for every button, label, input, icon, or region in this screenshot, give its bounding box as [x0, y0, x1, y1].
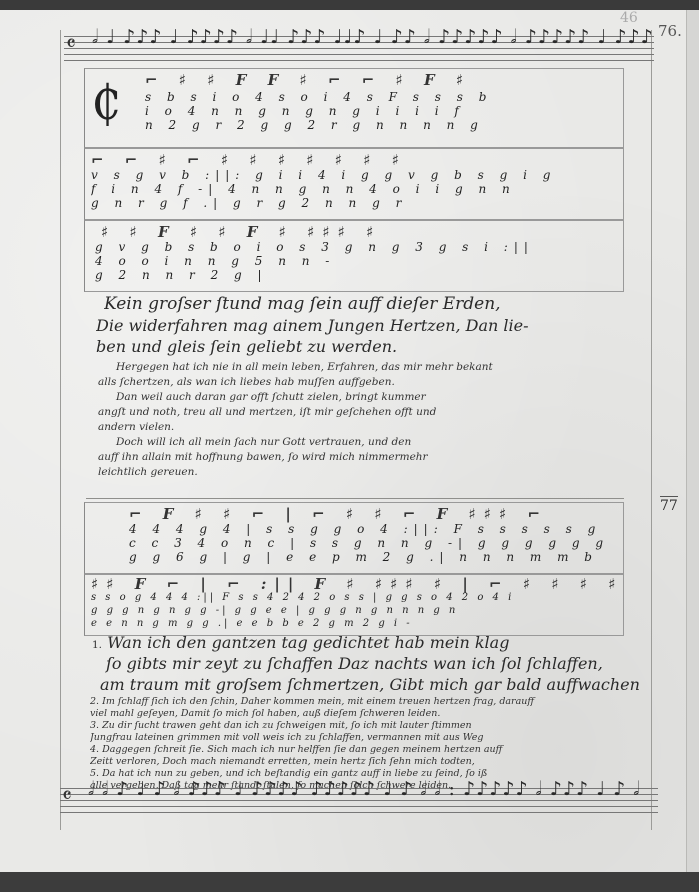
tab-letters-line: f i n 4 f -| 4 n n g n n 4 o i i g n n: [91, 183, 629, 196]
tab-letters-line: c c 3 4 o n c | s s g n n g -| g g g g g…: [129, 537, 667, 550]
verse-line: Wan ich den gantzen tag gedichtet hab me…: [107, 633, 509, 652]
stanza-number: 1.: [92, 639, 102, 651]
top-music-staff: 𝄴 𝅗𝅥 ♩ ♪♪♪ ♩ ♪♪♪♪ 𝅗𝅥 ♩♩ ♪♪♪ ♩♩♪ ♩ ♪♪ 𝅗𝅥 …: [64, 36, 654, 66]
tab-letters-line: g g g n g n g g -| g g e e | g g g n g n…: [91, 604, 629, 617]
stanza-line: viel mahl geſeyen, Damit ſo mich ſol hab…: [90, 708, 656, 720]
prose-line: auff ihn allain mit hoffnung bawen, ſo w…: [98, 450, 638, 465]
scan-bottom-border: [0, 872, 699, 892]
tab-letters-line: 4 4 4 g 4 | s s g g o 4 :||: F s s s s s…: [129, 523, 667, 536]
clef-icon: 𝄴: [62, 784, 72, 809]
verse-line: am traum mit groſsem ſchmertzen, Gibt mi…: [92, 674, 652, 695]
staff-notes: 𝅗𝅥 ♩ ♪♪♪ ♩ ♪♪♪♪ 𝅗𝅥 ♩♩ ♪♪♪ ♩♩♪ ♩ ♪♪ 𝅗𝅥 ♪♪…: [92, 26, 652, 70]
rhythm-signs: ⌐ ♯ ♯ F F ♯ ⌐ ⌐ ♯ F ♯: [145, 71, 683, 89]
rhythm-signs: ⌐ ⌐ ♯ ⌐ ♯ ♯ ♯ ♯ ♯ ♯ ♯: [91, 151, 629, 169]
verse-line: ſo gibts mir zeyt zu ſchaffen Daz nachts…: [92, 653, 652, 674]
manuscript-page: 46 76. 𝄴 𝅗𝅥 ♩ ♪♪♪ ♩ ♪♪♪♪ 𝅗𝅥 ♩♩ ♪♪♪ ♩♩♪ ♩…: [0, 10, 699, 882]
bottom-music-staff: 𝄴 𝅗𝅥 𝅗𝅥 ♪ ♩ ♪ 𝅗𝅥 ♪♪♪ ♩ ♪♪♪♪ ♪♪♪♪♪ ♩ ♪ 𝅗𝅥…: [60, 788, 658, 818]
tablature-system-5: ♯♯ F ⌐ | ⌐ :|| F ♯ ♯♯♯ ♯ | ⌐ ♯ ♯ ♯ ♯ ⌐ s…: [84, 574, 624, 636]
tablature-system-3: ♯ ♯ F ♯ ♯ F ♯ ♯♯♯ ♯ g v g b s b o i o s …: [84, 220, 624, 292]
stanza-line: Zeitt verloren, Doch mach niemandt erret…: [90, 756, 656, 768]
prose-line: angſt und noth, treu all und mertzen, iſ…: [98, 405, 638, 420]
stanza-line: Jungfrau lateinen grimmen mit voll weis …: [90, 732, 656, 744]
tablature-system-1: ₵ ⌐ ♯ ♯ F F ♯ ⌐ ⌐ ♯ F ♯ s b s i o 4 s o …: [84, 68, 624, 148]
verse-line: ben und gleis ſein geliebt zu werden.: [96, 336, 624, 357]
prose-line: andern vielen.: [98, 420, 638, 435]
section-divider: [86, 498, 624, 499]
prose-line: alls ſchertzen, als wan ich liebes hab m…: [98, 375, 638, 390]
pencil-folio-number: 46: [620, 10, 638, 26]
rhythm-signs: ♯ ♯ F ♯ ♯ F ♯ ♯♯♯ ♯: [101, 223, 639, 241]
stanza-line: 3. Zu dir ſucht trawen geht dan ich zu ſ…: [90, 720, 656, 732]
staff-notes: 𝅗𝅥 𝅗𝅥 ♪ ♩ ♪ 𝅗𝅥 ♪♪♪ ♩ ♪♪♪♪ ♪♪♪♪♪ ♩ ♪ 𝅗𝅥 𝅗…: [88, 778, 648, 822]
verse-one-prose: Hergegen hat ich nie in all mein leben, …: [98, 360, 638, 480]
tablature-system-4: ⌐ F ♯ ♯ ⌐ | ⌐ ♯ ♯ ⌐ F ♯♯♯ ⌐ 4 4 4 g 4 | …: [84, 502, 624, 574]
verse-one: Kein groſser ſtund mag ſein auff dieſer …: [104, 294, 624, 357]
tab-letters-line: g g 6 g | g | e e p m 2 g .| n n n m m b: [129, 551, 667, 564]
tab-letters-line: g n r g f .| g r g 2 n n g r: [91, 197, 629, 210]
verse-line: Kein groſser ſtund mag ſein auff dieſer …: [104, 294, 624, 315]
ink-folio-number: 76.: [658, 22, 682, 40]
tab-letters-line: s s o g 4 4 4 :|| F s s 4 2 4 2 o s s | …: [91, 591, 629, 604]
tab-letters-line: g 2 n n r 2 g |: [95, 269, 633, 282]
prose-line: Dan weil auch daran gar offt ſchutt ziel…: [98, 390, 638, 405]
mensuration-sign: ₵: [91, 75, 122, 131]
stanza-line: 2. Im ſchlaff ſich ich den ſchin, Daher …: [90, 696, 656, 708]
page-edge: [686, 10, 699, 872]
verse-line: Die widerfahren mag ainem Jungen Hertzen…: [96, 315, 624, 336]
tab-letters-line: 4 o o i n n g 5 n n -: [95, 255, 633, 268]
stanza-line: 4. Daggegen ſchreit ſie. Sich mach ich n…: [90, 744, 656, 756]
prose-line: Doch will ich all mein ſach nur Gott ver…: [98, 435, 638, 450]
tablature-system-2: ⌐ ⌐ ♯ ⌐ ♯ ♯ ♯ ♯ ♯ ♯ ♯ v s g v b :||: g i…: [84, 148, 624, 220]
margin-number: 77: [660, 496, 678, 514]
tab-letters-line: i o 4 n n g n g n g i i i i f: [145, 105, 683, 118]
tab-letters-line: g v g b s b o i o s 3 g n g 3 g s i :||: [95, 241, 633, 254]
rhythm-signs: ⌐ F ♯ ♯ ⌐ | ⌐ ♯ ♯ ⌐ F ♯♯♯ ⌐: [129, 505, 667, 523]
tab-letters-line: e e n n g m g g .| e e b b e 2 g m 2 g i…: [91, 617, 629, 630]
tab-letters-line: n 2 g r 2 g g 2 r g n n n n g: [145, 119, 683, 132]
prose-line: leichtlich gereuen.: [98, 465, 638, 480]
tab-letters-line: v s g v b :||: g i i 4 i g g v g b s g i…: [91, 169, 629, 182]
clef-icon: 𝄴: [66, 32, 76, 57]
verse-two: 1. Wan ich den gantzen tag gedichtet hab…: [92, 632, 652, 695]
tab-letters-line: s b s i o 4 s o i 4 s F s s s b: [145, 91, 683, 104]
prose-line: Hergegen hat ich nie in all mein leben, …: [98, 360, 638, 375]
